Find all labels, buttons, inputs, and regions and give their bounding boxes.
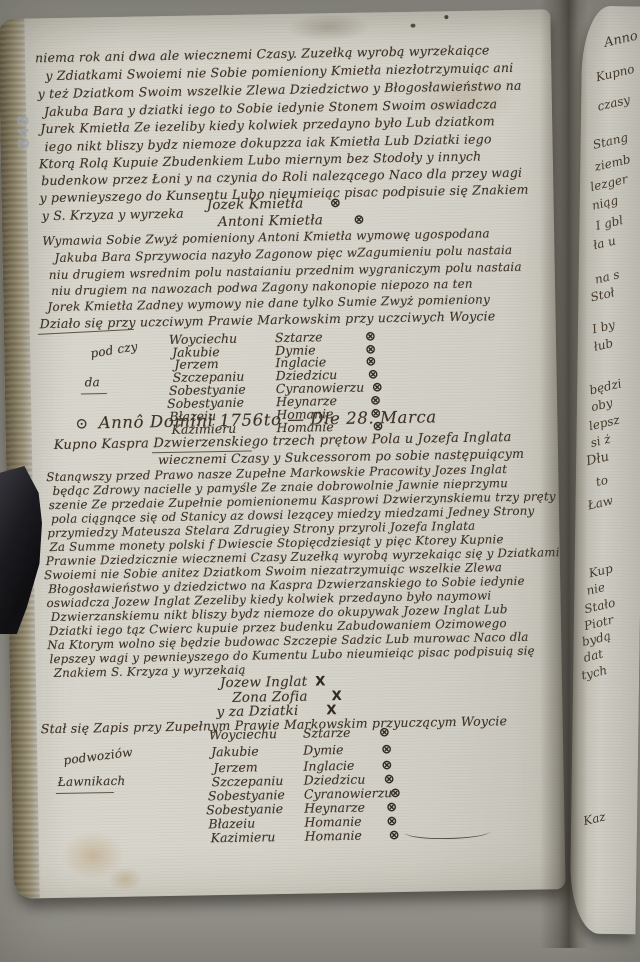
witness-row: WoyciechuSztarze⊗ (209, 724, 390, 743)
page-fragment: łub (592, 336, 614, 354)
page-fragment: Ław (586, 493, 614, 512)
page-fragment: ła u (592, 234, 617, 253)
witness-given: Kazimieru (211, 829, 305, 846)
page-fragment: I by (591, 317, 617, 336)
act-heading-text: Annô Domini 1756to — Die 28. Marca (98, 407, 437, 432)
page-fragment: oby (590, 396, 614, 415)
cross-circle-mark-icon: ⊗ (379, 725, 390, 740)
page-fragment: nie (585, 580, 606, 598)
cross-circle-mark-icon: ⊗ (330, 196, 341, 211)
witness-surname: Sztarze (303, 724, 379, 740)
page-fragment: lezger (589, 172, 629, 194)
margin-note: da (85, 375, 100, 389)
margin-note: pod czy (89, 339, 138, 360)
page-fragment: to (594, 473, 609, 489)
page-fragment: czasy (596, 92, 631, 113)
margin-note: podwoziów (63, 745, 134, 767)
witness-given: Woyciechu (209, 726, 303, 743)
gutter-shadow (540, 0, 588, 948)
manuscript-line: y S. Krzyza y wyrzeka (42, 206, 184, 223)
cross-circle-mark-icon: ⊗ (381, 742, 392, 757)
page-fragment: niąg (590, 193, 619, 213)
x-mark-icon: X (315, 674, 325, 689)
page-fragment: będzi (588, 376, 623, 397)
flourish-tail (405, 829, 491, 840)
page-fragment: si ż (589, 432, 612, 450)
signature-line: Antoni Kmietła ⊗ (218, 212, 365, 231)
signature-name: Antoni Kmietła (218, 212, 323, 230)
page-fragment: Stoł (589, 285, 616, 304)
witness-surname: Homanie (305, 827, 389, 843)
signature-name: Jozek Kmietła (207, 196, 304, 214)
page-fragment: Kup (587, 561, 614, 580)
manuscript-line: Znakiem S. Krzyza y wyrzekaią (54, 663, 246, 680)
witness-surname: Dymie (303, 741, 381, 757)
cross-circle-mark-icon: ⊗ (389, 828, 400, 843)
margin-underline (56, 790, 114, 794)
cross-circle-mark-icon: ⊗ (353, 213, 364, 228)
manuscript-page: 848 niema rok ani dwa ale wiecznemi Czas… (0, 9, 566, 898)
witness-row: KazimieruHomanie⊗ (211, 827, 400, 846)
page-fragment: na s (593, 267, 620, 286)
ink-speck (411, 24, 416, 28)
photo-background: 848 niema rok ani dwa ale wiecznemi Czas… (0, 0, 640, 962)
witness-given: Jakubie (211, 743, 303, 760)
page-fragment: Stang (591, 130, 629, 152)
page-fragment: I gbl (594, 213, 624, 233)
ink-speck (444, 15, 448, 19)
page-number-848: 848 (14, 114, 33, 149)
page-spine (0, 18, 40, 898)
page-fragment: Kupno (594, 62, 635, 85)
page-fragment: Anno (603, 28, 639, 50)
margin-note: Ławnikach (58, 774, 126, 789)
paraph-ornament-icon: ⊙ (75, 414, 88, 432)
margin-underline (81, 391, 107, 394)
page-fragment: lepsz (587, 413, 620, 434)
page-fragment: ziemb (593, 152, 632, 174)
page-fragment: Dłu (585, 449, 611, 469)
signature-line: Jozek Kmietła ⊗ (207, 195, 342, 213)
